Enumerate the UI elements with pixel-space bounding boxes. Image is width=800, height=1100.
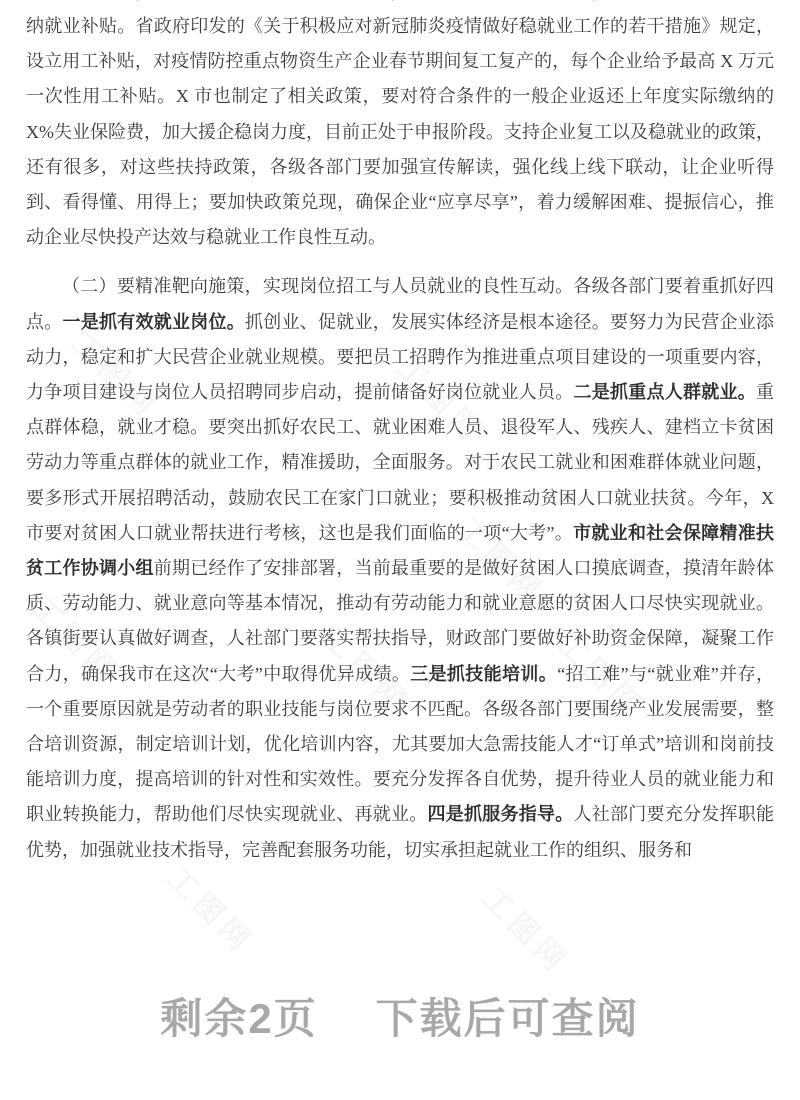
clipped-top-line-text: 稳岗返还政策，对不裁员、少裁员的参保企业，按规定返还失业保险费，对招用就业困难人… <box>26 0 774 9</box>
paragraph: （二）要精准靶向施策，实现岗位招工与人员就业的良性互动。各级各部门要着重抓好四点… <box>26 269 774 867</box>
clipped-top-line: 稳岗返还政策，对不裁员、少裁员的参保企业，按规定返还失业保险费，对招用就业困难人… <box>26 0 774 9</box>
body-text: 纳就业补贴。省政府印发的《关于积极应对新冠肺炎疫情做好稳就业工作的若干措施》规定… <box>26 16 774 247</box>
emphasis-text: 三是抓技能培训。 <box>410 664 557 684</box>
paragraph: 纳就业补贴。省政府印发的《关于积极应对新冠肺炎疫情做好稳就业工作的若干措施》规定… <box>26 9 774 255</box>
download-to-view-hint: 下载后可查阅 <box>376 995 640 1042</box>
emphasis-text: 一是抓有效就业岗位。 <box>63 312 246 332</box>
body-text: 重点群体稳，就业才稳。要突出抓好农民工、就业困难人员、退役军人、残疾人、建档立卡… <box>26 382 774 543</box>
document-page: 工图网工图网工图网工图网工图网工图网工图网工图网 稳岗返还政策，对不裁员、少裁员… <box>0 0 800 1100</box>
body-text: “招工难”与“就业难”并存，一个重要原因就是劳动者的职业技能与岗位要求不匹配。各… <box>26 664 774 825</box>
emphasis-text: 四是抓服务指导。 <box>428 804 574 824</box>
remaining-pages-notice: 剩余2页下载后可查阅 <box>0 994 800 1044</box>
document-body: 稳岗返还政策，对不裁员、少裁员的参保企业，按规定返还失业保险费，对招用就业困难人… <box>26 0 774 868</box>
remaining-pages-count: 剩余2页 <box>160 995 317 1042</box>
site-watermark: 工图网 <box>159 855 266 962</box>
site-watermark: 工图网 <box>474 875 581 982</box>
emphasis-text: 二是抓重点人群就业。 <box>574 382 757 402</box>
